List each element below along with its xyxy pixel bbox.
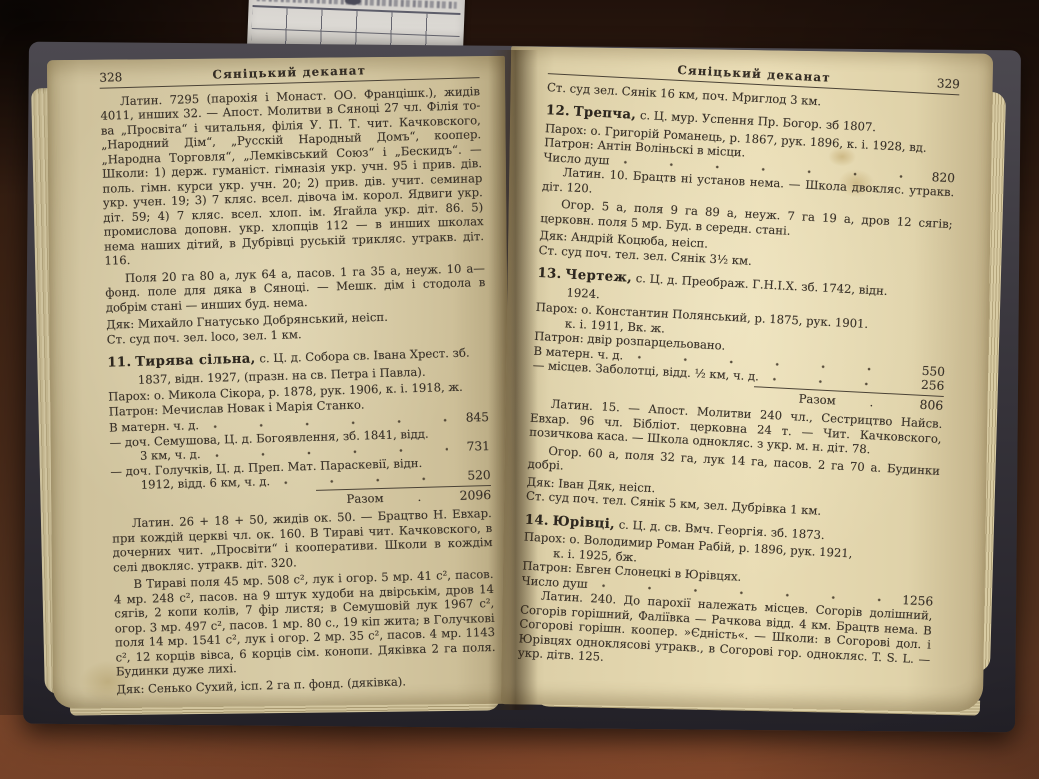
right-page-number: 329 bbox=[919, 75, 960, 92]
entry-11-para-latin: Латин. 26 + 18 + 50, жидів ок. 50. — Бра… bbox=[112, 506, 493, 575]
ledger-value: 845 bbox=[453, 410, 489, 425]
entry-13-chertezh: 13. Чертеж, с. Ц. д. Преображ. Г.Н.І.Х. … bbox=[526, 266, 950, 525]
right-head-spacer bbox=[548, 71, 588, 73]
entry-13-name: Чертеж, bbox=[565, 267, 633, 285]
left-para-fields: Поля 20 га 80 а, лук 64 а, пасов. 1 га 3… bbox=[105, 261, 486, 315]
entry-11-tyriava-silna: 11. Тирява сільна, с. Ц. д. Собора св. І… bbox=[107, 345, 496, 697]
entry-11-souls-ledger: В матерн. ч. д. 845 — доч. Семушова, Ц. … bbox=[109, 410, 491, 513]
ledger-value: 520 bbox=[454, 468, 490, 483]
entry-12-trepcha: 12. Трепча, с. Ц. мур. Успення Пр. Богор… bbox=[538, 103, 957, 278]
total-value: 2096 bbox=[455, 488, 491, 503]
entry-13-number: 13. bbox=[537, 266, 562, 282]
left-running-head-title: Сяніцький деканат bbox=[139, 61, 439, 84]
photo-open-book: 328 Сяніцький деканат Латин. 7295 (парох… bbox=[0, 0, 1039, 779]
entry-12-name: Трепча, bbox=[573, 105, 636, 123]
total-value: 806 bbox=[907, 397, 944, 413]
entry-14-name: Юрівці, bbox=[552, 514, 615, 532]
entry-14-number: 14. bbox=[524, 512, 549, 528]
ledger-label-cont: 1912, відд. 6 км, ч. д. bbox=[111, 474, 271, 493]
ledger-value: 731 bbox=[454, 439, 490, 454]
total-label: Разом bbox=[798, 391, 836, 407]
left-para-latin-stats: Латин. 7295 (парохія і Монаст. ОО. Франц… bbox=[100, 84, 485, 269]
total-label: Разом bbox=[346, 491, 383, 507]
entry-11-name: Тирява сільна, bbox=[135, 352, 256, 370]
total-dot: . bbox=[417, 490, 421, 505]
left-running-head: 328 Сяніцький деканат bbox=[99, 60, 479, 88]
left-head-spacer bbox=[439, 75, 479, 76]
left-page-number: 328 bbox=[99, 70, 139, 86]
entry-12-number: 12. bbox=[546, 103, 571, 119]
total-dot: . bbox=[869, 395, 873, 410]
entry-14-yurivtsi: 14. Юрівці, с. Ц. д. св. Вмч. Георгія. з… bbox=[518, 512, 937, 681]
entry-11-para-fields: В Тираві поля 45 мр. 508 с², лук і огор.… bbox=[113, 567, 496, 679]
ledger-value: 256 bbox=[908, 377, 945, 393]
entry-11-church: с. Ц. д. Собора св. Івана Хрест. зб. bbox=[259, 346, 470, 366]
left-page: 328 Сяніцький деканат Латин. 7295 (парох… bbox=[47, 56, 511, 708]
entry-11-number: 11. bbox=[107, 355, 132, 371]
right-page: Сяніцький деканат 329 Ст. суд зел. Сянік… bbox=[501, 46, 993, 711]
